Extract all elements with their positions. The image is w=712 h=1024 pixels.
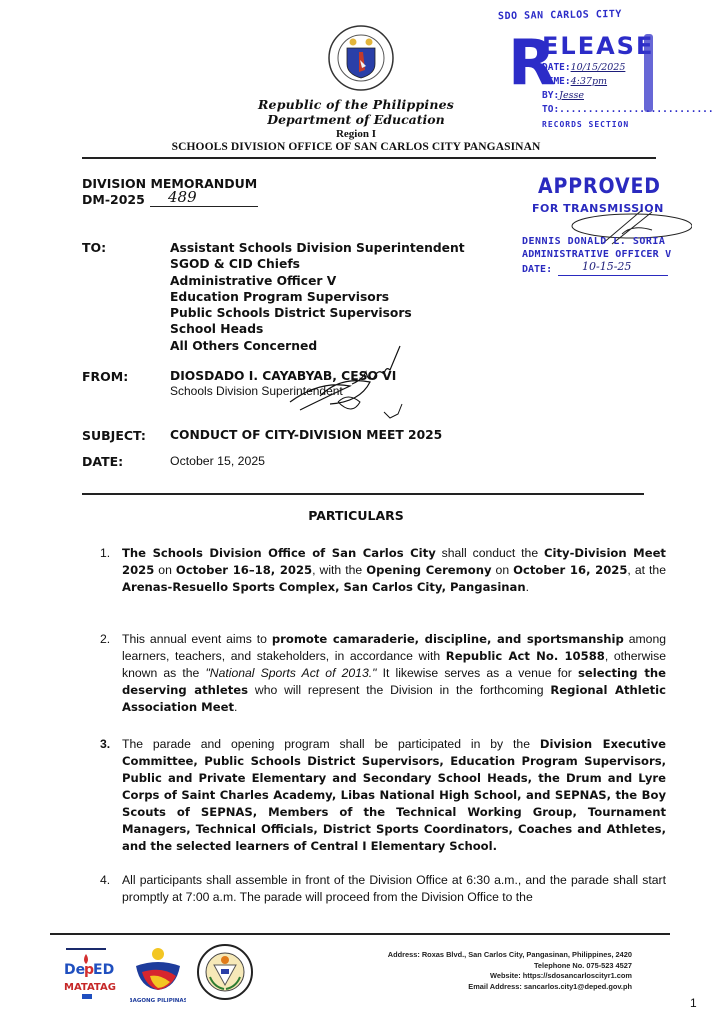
svg-text:BAGONG PILIPINAS: BAGONG PILIPINAS — [130, 998, 186, 1004]
text-segment: October 16, 2025 — [513, 563, 627, 577]
recipient: Administrative Officer V — [170, 273, 465, 289]
paragraph-text: The Schools Division Office of San Carlo… — [122, 545, 666, 596]
paragraph-number: 4. — [100, 872, 110, 889]
recipient: Education Program Supervisors — [170, 289, 465, 305]
paragraph-number: 2. — [100, 631, 110, 648]
footer-divider — [50, 933, 670, 935]
released-time: TIME:4:37pm — [542, 76, 607, 87]
approver-name: DENNIS DONALD L. SORIA — [522, 236, 665, 247]
approver-position: ADMINISTRATIVE OFFICER V — [522, 249, 671, 260]
particulars-heading: PARTICULARS — [0, 508, 712, 523]
text-segment: The Schools Division Office of San Carlo… — [122, 546, 436, 560]
footer-website[interactable]: Website: https://sdosancarloscityr1.com — [388, 971, 632, 982]
text-segment: All participants shall assemble in front… — [122, 873, 666, 904]
text-segment: , at the — [627, 563, 666, 577]
released-stamp: SDO SAN CARLOS CITY R ELEASE DATE:10/15/… — [484, 10, 660, 135]
memo-number-line — [150, 206, 258, 207]
released-stamp-word: ELEASE — [542, 32, 654, 60]
text-segment: on — [154, 563, 176, 577]
footer-email[interactable]: Email Address: sancarlos.city1@deped.gov… — [388, 982, 632, 993]
released-date: DATE:10/15/2025 — [542, 62, 625, 73]
stamp-ink-bar — [644, 34, 653, 112]
superintendent-signature-icon — [280, 340, 420, 420]
approved-date-line — [558, 275, 668, 276]
header-divider — [82, 157, 656, 159]
text-segment: shall conduct the — [436, 546, 544, 560]
text-segment: October 16–18, 2025 — [176, 563, 312, 577]
released-to: TO:.............................. — [542, 104, 712, 115]
approved-date-value: 10-15-25 — [582, 260, 631, 273]
approved-stamp: APPROVED FOR TRANSMISSION DENNIS DONALD … — [522, 174, 702, 294]
to-recipient-list: Assistant Schools Division Superintenden… — [170, 240, 465, 354]
page-number: 1 — [690, 996, 697, 1010]
memo-number-value: 489 — [168, 188, 197, 206]
text-segment: on — [492, 563, 514, 577]
deped-matatag-logo-icon: De p ED MATATAG — [62, 944, 118, 1004]
footer-address: Address: Roxas Blvd., San Carlos City, P… — [388, 950, 632, 961]
text-segment: , with the — [312, 563, 366, 577]
paragraph-number: 3. — [100, 736, 110, 753]
recipient: School Heads — [170, 321, 465, 337]
text-segment: . — [526, 580, 529, 594]
header-office: SCHOOLS DIVISION OFFICE OF SAN CARLOS CI… — [0, 141, 712, 153]
paragraph-3: 3. The parade and opening program shall … — [100, 736, 666, 855]
text-segment: Opening Ceremony — [366, 563, 491, 577]
svg-text:ED: ED — [93, 962, 114, 978]
paragraph-4: 4. All participants shall assemble in fr… — [100, 872, 666, 906]
svg-text:De: De — [64, 962, 85, 978]
text-segment: The parade and opening program shall be … — [122, 737, 540, 751]
paragraph-1: 1. The Schools Division Office of San Ca… — [100, 545, 666, 596]
text-segment: "National Sports Act of 2013." — [205, 666, 376, 680]
to-label: TO: — [82, 240, 106, 255]
text-segment: . — [234, 700, 237, 714]
footer-contact: Address: Roxas Blvd., San Carlos City, P… — [388, 950, 632, 992]
date-label: DATE: — [82, 454, 123, 469]
recipient: Assistant Schools Division Superintenden… — [170, 240, 465, 256]
paragraph-text: All participants shall assemble in front… — [122, 872, 666, 906]
text-segment: Division Executive Committee, Public Sch… — [122, 737, 666, 853]
text-segment: This annual event aims to — [122, 632, 272, 646]
text-segment: Arenas-Resuello Sports Complex, San Carl… — [122, 580, 526, 594]
memo-number-label: DM-2025 — [82, 192, 145, 207]
released-stamp-section: RECORDS SECTION — [542, 120, 629, 129]
text-segment: Republic Act No. 10588 — [446, 649, 605, 663]
paragraph-text: This annual event aims to promote camara… — [122, 631, 666, 716]
approved-title: APPROVED — [538, 174, 661, 198]
from-label: FROM: — [82, 369, 128, 384]
body-divider — [82, 493, 644, 495]
bagong-pilipinas-logo-icon: BAGONG PILIPINAS — [130, 942, 186, 1006]
recipient: SGOD & CID Chiefs — [170, 256, 465, 272]
footer-telephone: Telephone No. 075-523 4527 — [388, 961, 632, 972]
approved-date-label: DATE: — [522, 264, 552, 275]
paragraph-2: 2. This annual event aims to promote cam… — [100, 631, 666, 716]
released-by: BY:Jesse — [542, 90, 584, 101]
released-stamp-office: SDO SAN CARLOS CITY — [498, 9, 622, 22]
svg-text:MATATAG: MATATAG — [64, 982, 116, 993]
subject-label: SUBJECT: — [82, 428, 146, 443]
text-segment: It likewise serves as a venue for — [376, 666, 578, 680]
paragraph-number: 1. — [100, 545, 110, 562]
text-segment: promote camaraderie, discipline, and spo… — [272, 632, 624, 646]
sdo-san-carlos-seal-icon — [196, 943, 254, 1001]
deped-seal-icon — [327, 24, 395, 92]
text-segment: who will represent the Division in the f… — [248, 683, 550, 697]
paragraph-text: The parade and opening program shall be … — [122, 736, 666, 855]
recipient: Public Schools District Supervisors — [170, 305, 465, 321]
subject-text: CONDUCT OF CITY-DIVISION MEET 2025 — [170, 428, 442, 442]
date-text: October 15, 2025 — [170, 454, 265, 468]
